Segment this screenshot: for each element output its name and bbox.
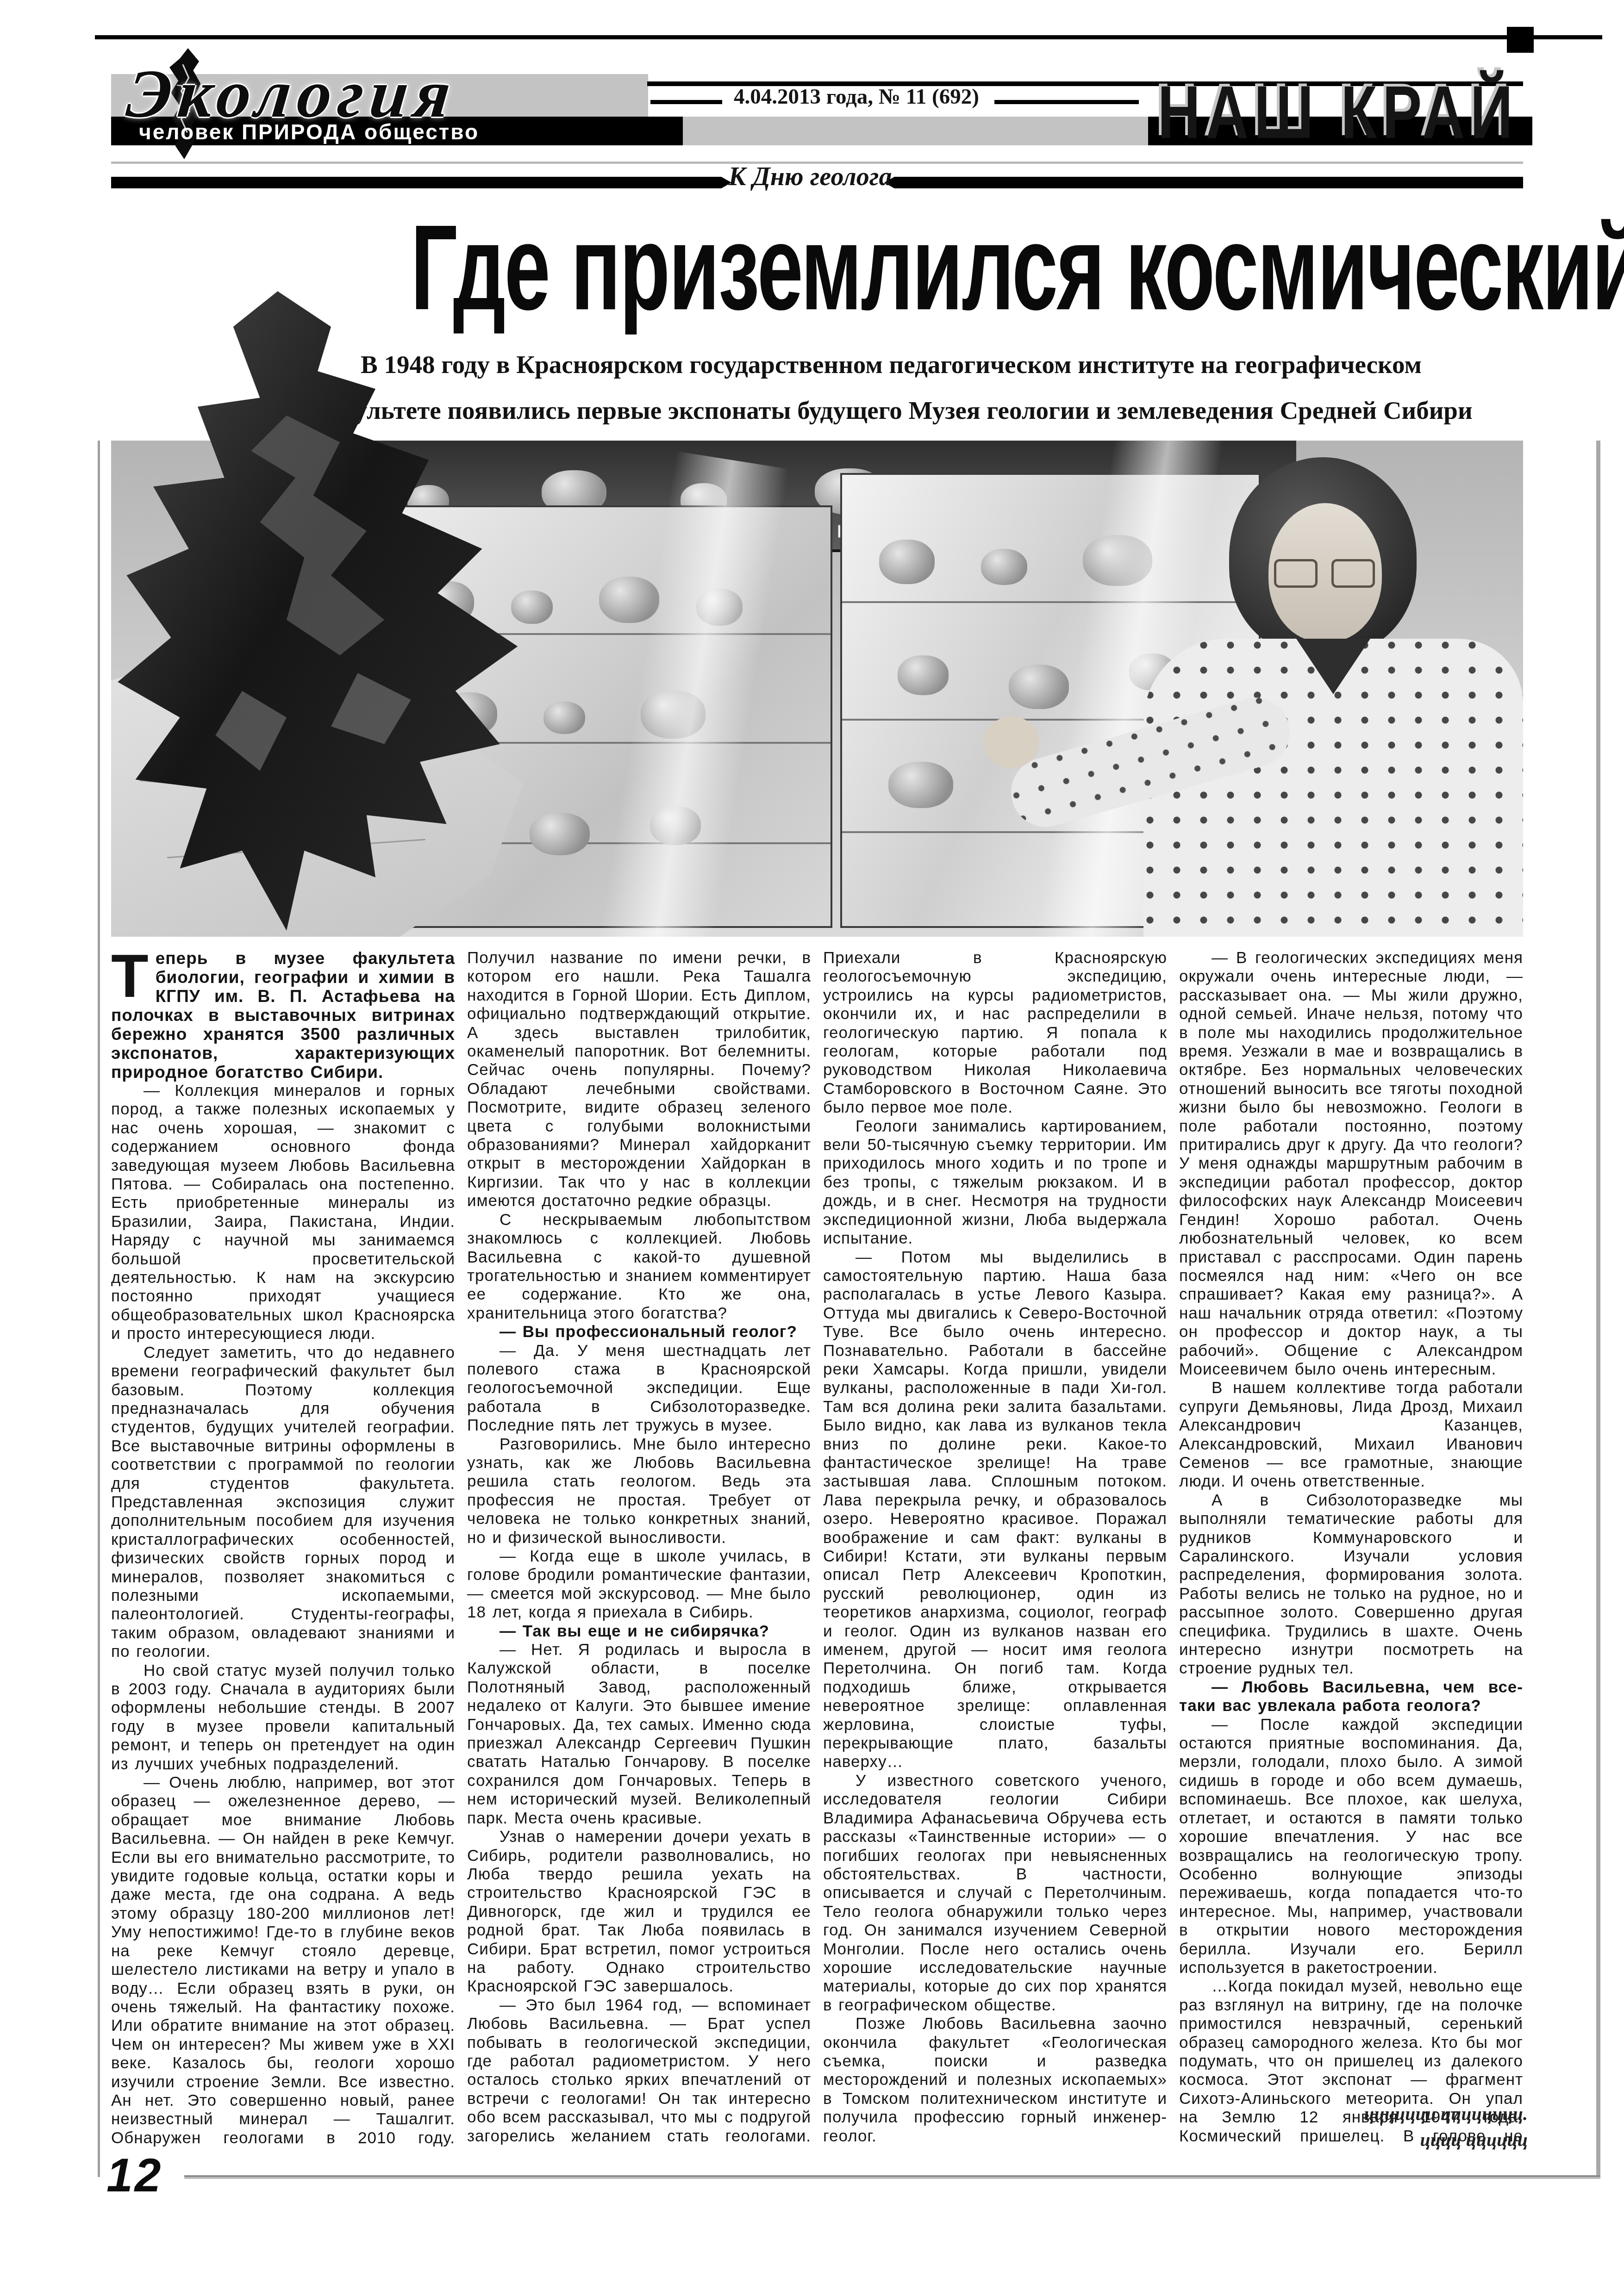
glasses-icon [1274,559,1318,588]
article-paragraph: — Нет. Я родилась и выросла в Калужской … [467,1641,811,1828]
article-paragraph: Но свой статус музей получил только в 20… [111,1661,455,1773]
interview-question: — Вы профессиональный геолог? [467,1323,811,1341]
article-lede: Теперь в музее факультета биологии, геог… [111,949,455,1082]
article-paragraph: В нашем коллективе тогда работали супруг… [1179,1379,1523,1491]
date-dash-right [994,100,1139,104]
photo-specimen [898,655,949,695]
photo-glass-glare [591,451,789,937]
glasses-icon [1331,559,1375,588]
newspaper-title: НАШ КРАЙ [1149,69,1527,155]
author-signature: цццццци цццццццц. цццц цццццц [1125,2101,1528,2153]
article-paragraph: — Коллекция минералов и горных пород, а … [111,1082,455,1344]
banner-bar-right [884,177,1523,188]
interview-question: — Так вы еще и не сибирячка? [467,1622,811,1641]
photo-curator-hand [984,716,1039,768]
article-body: Теперь в музее факультета биологии, геог… [111,949,1523,2164]
photo-specimen [879,540,935,584]
photo-meteorite [109,282,553,940]
article-paragraph: Узнав о намерении дочери уехать в Сибирь… [467,1828,811,1996]
article-paragraph: — Да. У меня шестнадцать лет полевого ст… [467,1342,811,1435]
article-paragraph: А в Сибзолоторазведке мы выполняли темат… [1179,1491,1523,1678]
article-paragraph: — После каждой экспедиции остаются прият… [1179,1716,1523,1978]
article-paragraph: Геологи занимались картированием, вели 5… [823,1117,1167,1248]
masthead-gray-band [683,117,1148,145]
photo-specimen [888,762,953,808]
article-paragraph: — Потом мы выделились в самостоятельную … [823,1248,1167,1772]
page-number: 12 [106,2148,162,2203]
date-dash-left [650,100,722,104]
interview-question: — Любовь Васильевна, чем все-таки вас ув… [1179,1678,1523,1716]
article-paragraph: — В геологических экспедициях меня окруж… [1179,949,1523,1379]
article-paragraph: Разговорились. Мне было интересно узнать… [467,1435,811,1547]
page-left-border [98,441,100,2177]
photo-specimen [981,549,1027,585]
page-right-border [1596,441,1600,2177]
corner-mark [1507,27,1534,53]
article-paragraph: У известного советского ученого, исследо… [823,1772,1167,2015]
section-banner: К Дню геолога [720,162,900,192]
article-paragraph: С нескрываемым любопытством знакомлюсь с… [467,1211,811,1323]
photo-specimen [1009,665,1069,709]
article-paragraph: — Когда еще в школе училась, в голове бр… [467,1547,811,1622]
newspaper-page: Экология человек ПРИРОДА общество 4.04.2… [0,0,1624,2296]
signature-line: цццц цццццц [1125,2127,1528,2153]
page-top-rule [95,35,1602,39]
banner-bar-left [111,177,731,188]
article-paragraph: Позже Любовь Васильевна заочно окончила … [823,2015,1167,2146]
signature-line: цццццци цццццццц. [1125,2101,1528,2127]
drop-cap: Т [111,952,149,1000]
footer-rule [184,2175,1600,2179]
article-paragraph: Следует заметить, что до недавнего време… [111,1344,455,1661]
logo-tagline: человек ПРИРОДА общество [139,119,556,144]
issue-date: 4.04.2013 года, № 11 (692) [734,84,974,109]
